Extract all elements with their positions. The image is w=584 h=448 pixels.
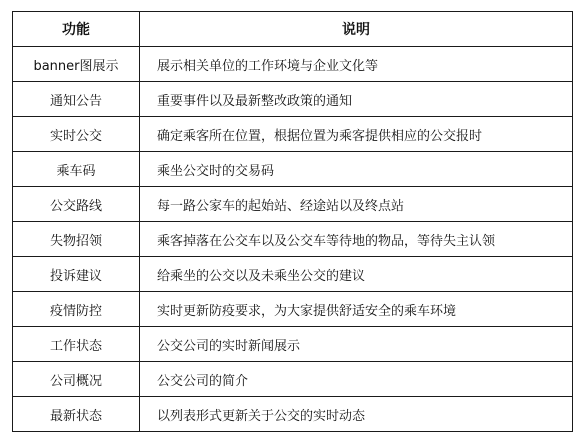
feature-cell: 实时公交 bbox=[13, 117, 140, 152]
description-cell: 每一路公家车的起始站、经途站以及终点站 bbox=[140, 187, 573, 222]
feature-cell: 投诉建议 bbox=[13, 257, 140, 292]
feature-cell: 通知公告 bbox=[13, 82, 140, 117]
feature-cell: 公交路线 bbox=[13, 187, 140, 222]
table-row: banner图展示 展示相关单位的工作环境与企业文化等 bbox=[13, 47, 573, 82]
table-row: 工作状态 公交公司的实时新闻展示 bbox=[13, 327, 573, 362]
description-cell: 公交公司的实时新闻展示 bbox=[140, 327, 573, 362]
description-cell: 以列表形式更新关于公交的实时动态 bbox=[140, 397, 573, 432]
table-row: 投诉建议 给乘坐的公交以及未乘坐公交的建议 bbox=[13, 257, 573, 292]
feature-cell: 疫情防控 bbox=[13, 292, 140, 327]
table-row: 实时公交 确定乘客所在位置，根据位置为乘客提供相应的公交报时 bbox=[13, 117, 573, 152]
description-cell: 给乘坐的公交以及未乘坐公交的建议 bbox=[140, 257, 573, 292]
header-description: 说明 bbox=[140, 12, 573, 47]
header-feature: 功能 bbox=[13, 12, 140, 47]
description-cell: 确定乘客所在位置，根据位置为乘客提供相应的公交报时 bbox=[140, 117, 573, 152]
header-row: 功能 说明 bbox=[13, 12, 573, 47]
feature-table: 功能 说明 banner图展示 展示相关单位的工作环境与企业文化等 通知公告 重… bbox=[12, 11, 573, 432]
description-cell: 公交公司的简介 bbox=[140, 362, 573, 397]
table-row: 通知公告 重要事件以及最新整改政策的通知 bbox=[13, 82, 573, 117]
table-row: 失物招领 乘客掉落在公交车以及公交车等待地的物品，等待失主认领 bbox=[13, 222, 573, 257]
description-cell: 展示相关单位的工作环境与企业文化等 bbox=[140, 47, 573, 82]
table-row: 公交路线 每一路公家车的起始站、经途站以及终点站 bbox=[13, 187, 573, 222]
table-row: 乘车码 乘坐公交时的交易码 bbox=[13, 152, 573, 187]
description-cell: 乘客掉落在公交车以及公交车等待地的物品，等待失主认领 bbox=[140, 222, 573, 257]
table-row: 公司概况 公交公司的简介 bbox=[13, 362, 573, 397]
description-cell: 重要事件以及最新整改政策的通知 bbox=[140, 82, 573, 117]
table-row: 疫情防控 实时更新防疫要求，为大家提供舒适安全的乘车环境 bbox=[13, 292, 573, 327]
description-cell: 乘坐公交时的交易码 bbox=[140, 152, 573, 187]
feature-cell: banner图展示 bbox=[13, 47, 140, 82]
feature-cell: 公司概况 bbox=[13, 362, 140, 397]
feature-cell: 乘车码 bbox=[13, 152, 140, 187]
feature-cell: 最新状态 bbox=[13, 397, 140, 432]
table-row: 最新状态 以列表形式更新关于公交的实时动态 bbox=[13, 397, 573, 432]
description-cell: 实时更新防疫要求，为大家提供舒适安全的乘车环境 bbox=[140, 292, 573, 327]
feature-cell: 工作状态 bbox=[13, 327, 140, 362]
feature-cell: 失物招领 bbox=[13, 222, 140, 257]
